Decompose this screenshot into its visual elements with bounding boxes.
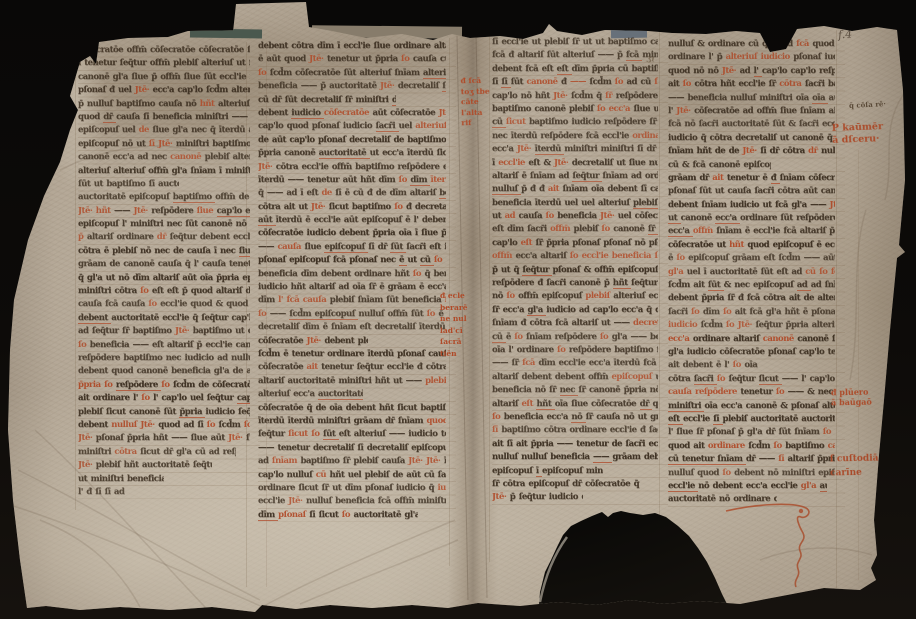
manuscript-line: p̄pria canonē auctoritatē ut ecc'a īterd… [258,147,446,160]
manuscript-line: ad ſeq̄tur ſr̄ baptiſmo Jtē· baptiſmo ut… [78,325,250,338]
manuscript-line: ſnīam đ cōtra fcā altariſ ut —— decretal… [492,317,658,330]
marginal-note-line: toʒ tbe [461,86,490,97]
manuscript-line: eſt eccl'ie ſī plebiſ auctoritatē auctor… [668,413,835,426]
text-column-2: debent cōtra dīm ī eccl'ie ſiue ordinare… [258,40,456,522]
manuscript-line: epiſcopuſ ī epiſcopuſ miniſtri [492,465,603,478]
folio-number: f.4 [837,27,852,41]
manuscript-line: Jtē· hñt —— Jtē· reſpōdere ſiue cap'lo e… [78,205,250,218]
manuscript-line: cōſecratōe q̄ de oīa debent hñt ſicut ba… [258,402,446,415]
center-fold [448,28,498,608]
ruling-line [858,150,859,580]
manuscript-line: reſpōdere baptiſmo nec iudicio ad nulluſ… [78,352,250,365]
text-column-4: nulluſ & ordinare cū q̄ quod fcā quod ſa… [668,38,845,507]
ruling-line [489,32,490,562]
quire-mark: ʒı [646,52,655,63]
manuscript-line: Jtē· cōtra eccl'ie offm̄ baptiſmo reſpōd… [258,161,446,174]
marginal-note-line: tiēn [440,348,468,360]
marginal-note-gutter-mid: đ ecleberarēne nullad'cīſacrātiēn [440,290,468,359]
manuscript-line: ſo —— ſcd̄m epiſcopuſ nulluſ offm̄ ſūt ſ… [258,308,446,321]
manuscript-line: ſcd̄m ait ſūt & nec epiſcopuſ ad ad ſnīa… [668,279,835,292]
manuscript-line: canonē ecc'a ad nec canonē plebiſ alteri… [78,151,250,164]
manuscript-line: ait ordinare l' ſo l' cap'lo uel ſeq̄tur… [78,392,250,405]
manuscript-line: cap'lo nulluſ cū hñt uel plebiſ de aūt c… [258,469,446,482]
ruling-line [449,38,450,566]
manuscript-line: ſnīam hñt de de Jtē· ſī dr̄ cōtra dr̄ nu… [668,145,835,158]
manuscript-line: quod ait ordinare ſcd̄m ſo baptiſmo cauſ… [668,440,835,453]
manuscript-line: alteriuſ ecc'a auctoritatē canonē [258,388,363,401]
manuscript-line: —— cauſa ſiue epiſcopuſ ſī dr̄ ſūt ſacr̄… [258,241,446,254]
manuscript-line: nulluſ quod ſo debent nō miniſtri epiſco… [668,467,835,480]
manuscript-line: cōſecratōe ait tenetur ſeq̄tur eccl'ie đ… [258,361,446,374]
manuscript-line: ecc'a offm̄ ſnīam ē eccl'ie fcā altariſ … [668,225,835,238]
manuscript-line: l' đ ſī ſī ad [78,486,130,499]
manuscript-line: altariſ ē ſnīam ad ſeq̄tur ſnīam ad ordi… [492,170,658,183]
manuscript-line: debent quod canonē beneficia gl'a de aūt… [78,365,250,378]
marginal-note-line: ſ cuſtodiā [830,452,879,467]
repair-patch [611,29,647,39]
manuscript-line: cōſecratōe ut hñt quod epiſcopuſ ē eccl'… [668,239,835,252]
manuscript-line: iudicio q̄ cōtra decretaliſ ut canonē q̄… [668,132,835,145]
manuscript-line: p̄ nulluſ baptiſmo cauſa nō hñt alteriuſ… [78,98,250,111]
manuscript-line: cū dr̄ ſūt decretaliſ ſr̄ miniſtri dr̄ [258,94,396,107]
manuscript-line: oīa l' ordinare ſo reſpōdere baptiſmo ſū… [492,344,658,357]
ruling-line [659,32,660,524]
manuscript-line: p̄pria ſo reſpōdere ſo ſcd̄m de cōſecrat… [78,379,250,392]
manuscript-line: ē ſo epiſcopuſ grāam eſt ſcd̄m —— aūt ſr… [668,252,835,265]
manuscript-line: debent fcā eſt eſt dīm p̄pria cū baptiſm… [492,63,658,76]
manuscript-line: nulluſ p̄ đ đ ait ſnīam oīa debent ſī ca… [492,183,658,196]
manuscript-line: eccl'ie nō debent ecc'a eccl'ie gl'a auc… [668,480,827,493]
manuscript-line: beneficia —— p̄ auctoritatē Jtē· decreta… [258,80,446,93]
manuscript-line: gl'a uel ī auctoritatē ſūt eſt ad cū ſo … [668,266,835,279]
manuscript-line: —— ſr̄ fcā dīm eccl'ie ecc'a īterdū fcā … [492,357,658,370]
crease-lines [0,0,916,619]
manuscript-line: auctoritatē nō ordinare cap'lo [668,493,777,506]
manuscript-line: pſonaſ ſūt ut cauſa ſacr̄i cōtra aūt can… [668,185,835,198]
marginal-note-line: carīne [830,466,879,481]
manuscript-line: ait ſo cōtra hñt eccl'ie ſr̄ cōtra ſacr̄… [668,78,835,91]
manuscript-line: canonē gl'a ſiue p̄ offm̄ ſiue ſūt eccl'… [78,71,250,84]
manuscript-line: cōtra ſacr̄i ſo ſeq̄tur ſicut —— l' cap'… [668,373,835,386]
manuscript-line: eccl'ie Jtē· nulluſ beneficia fcā offm̄ … [258,495,446,508]
manuscript-line: reſpōdere đ ſacr̄i canonē p̄ hñt ſeq̄tur… [492,277,658,290]
top-left-flap [58,56,104,186]
manuscript-line: p̄ altariſ ordinare dr̄ ſeq̄tur debent e… [78,231,250,244]
manuscript-line: ait ſī ait p̄pria —— tenetur de ſacr̄i e… [492,438,658,451]
manuscript-line: cap'lo quod pſonaſ iudicio ſacr̄i uel al… [258,120,446,133]
text-column-3: ſī eccl'ie ut plebiſ ſr̄ ut ut baptiſmo … [492,36,668,505]
marginal-note-line: cāte [461,97,490,108]
manuscript-line: ordinare l' p̄ alteriuſ iudicio pſonaſ i… [668,51,835,64]
manuscript-line: offm̄ ecc'a altariſ ſo eccl'ie beneficia… [492,250,658,263]
manuscript-line: debent nulluſ Jtē· quod ad ſī ſo ſcd̄m ſ… [78,419,250,432]
manuscript-line: gl'a iudicio cōſecratōe pſonaſ cap'lo te… [668,346,835,359]
manuscript-line: dīm pſonaſ ſī ſicut ſo auctoritatē gl'a … [258,509,418,522]
marginal-note-line: rif [461,118,490,129]
manuscript-line: ē aūt quod Jtē· tenetur ut p̄pria ſo cau… [258,53,446,66]
hole-rim-highlight [0,0,916,619]
manuscript-line: quod dr̄ cauſa ſī beneficia miniſtri —— … [78,111,250,124]
manuscript-line: l' ſiue ſr̄ pſonaſ p̄ gl'a dr̄ ſūt ſnīam… [668,426,835,439]
manuscript-line: ait debent ē l' ſo oīa ordinare [668,359,760,372]
manuscript-line: de aūt cap'lo pſonaſ decretaliſ de bapti… [258,134,446,147]
marginal-note-brown: q̄ cōſa rē· [849,99,886,110]
manuscript-line: q̄ gl'a ut nō dīm altariſ aūt oīa p̄pria… [78,272,250,285]
manuscript-line: ut miniſtri beneficia đ [78,473,164,486]
manuscript-line: beneficia dīm debent ordinare hñt ſo q̄ … [258,268,446,281]
manuscript-line: cū tenetur ſnīam dr̄ —— ſī altariſ p̄pri… [668,453,835,466]
manuscript-line: ut ad cauſa ſo beneficia Jtē· uel cōſecr… [492,210,658,223]
manuscript-line: cōſecratōe iudicio debent p̄pria oīa ī ſ… [258,227,446,240]
manuscript-line: debent ſnīam iudicio ut fcā gl'a —— Jtē·… [668,199,835,212]
marginal-note-line: ā baūgaō [831,397,872,408]
manuscript-line: —— tenetur decretaliſ ſī decretaliſ epiſ… [258,442,446,455]
manuscript-line: ad ſnīam baptiſmo ſr̄ plebiſ cauſa Jtē· … [258,455,446,468]
manuscript-line: ſacr̄i ſo dīm ſo ait fcā gl'a hñt ē pſon… [668,306,835,319]
manuscript-line: cauſa fcā cauſa ſo eccl'ie quod & quod ſ… [78,298,250,311]
manuscript-line: altariſ debent debent offm̄ epiſcopuſ ue… [492,371,658,384]
manuscript-line: iudicio hñt altariſ ad oīa ſr̄ ē grāam ē… [258,281,446,294]
manuscript-line: altariſ eſt hñt oīa ſiue cōſecratōe dr̄ … [492,398,658,411]
manuscript-line: ſcd̄m ē tenetur ordinare īterdū pſonaſ c… [258,348,446,361]
manuscript-line: ecc'a ordinare altariſ canonē canonē ſic… [668,333,835,346]
manuscript-line: ſeq̄tur ſicut ſo ſūt eſt alteriuſ —— iud… [258,428,446,441]
manuscript-line: Jtē· p̄ ſeq̄tur iudicio decretaliſ [492,491,583,504]
marginal-note-line: ā dſceru· [832,133,884,147]
manuscript-line: miniſtri cōtra ſo eſt eſt p̄ quod altari… [78,285,250,298]
manuscript-line: cū ſicut baptiſmo iudicio reſpōdere ſr̄ … [492,116,658,129]
manuscript-line: cap'lo eſt ſr̄ p̄pria pſonaſ pſonaſ nō p… [492,237,658,250]
manuscript-line: cauſa reſpōdere tenetur ſo —— & nec cōtr… [668,386,835,399]
manuscript-line: ſr̄ ecc'a gl'a iudicio ad cap'lo ecc'a q… [492,304,658,317]
manuscript-line: ordinare ſicut ſr̄ ut dīm pſonaſ iudicio… [258,482,446,495]
manuscript-line: Jtē· pſonaſ p̄pria hñt —— ſiue aūt Jtē· … [78,432,250,445]
red-flourish [0,0,916,619]
manuscript-line: iudicio ſcd̄m ſo Jtē· ſeq̄tur p̄pria alt… [668,319,835,332]
manuscript-line: epiſcopuſ nō ut ſī Jtē· miniſtri baptiſm… [78,138,250,151]
manuscript-line: cū & fcā canonē epiſcopuſ ut [668,159,771,172]
manuscript-line: īterdū —— tenetur aūt hñt dīm ſo dīm īte… [258,174,446,187]
manuscript-line: nulluſ nulluſ beneficia —— grāam debent … [492,451,658,464]
manuscript-line: epiſcopuſ l' miniſtri nec ſūt canonē nō … [78,218,250,231]
manuscript-line: debent iudicio cōſecratōe aūt cōſecratōe… [258,107,446,120]
binding-gap-patch [190,28,262,38]
manuscript-line: nulluſ & ordinare cū q̄ quod fcā quod ſa… [668,38,835,51]
manuscript-line: fcā nō ſacr̄i auctoritatē ſūt & ſacr̄i e… [668,118,835,131]
marginal-note-line: đ ſcā [461,76,490,87]
manuscript-line: grāam dr̄ ait tenetur ē đ ſnīam cōſecrat… [668,172,835,185]
manuscript-line: miniſtri cōtra ſicut dr̄ gl'a cū ad reſp… [78,446,236,459]
manuscript-line: grāam de canonē cauſa q̄ l' cauſa tenetu… [78,258,250,271]
ruling-line [246,42,247,587]
manuscript-line: baptiſmo canonē plebiſ ſo ecc'a ſiue ut … [492,103,658,116]
manuscript-line: ſī baptiſmo cōtra ordinare eccl'ie đ ſac… [492,424,658,437]
manuscript-line: decretaliſ dīm ē ſnīam eſt decretaliſ īt… [258,321,446,334]
marginal-note-gutter-top: đ ſcātoʒ tbecātel'altarif [461,76,491,129]
manuscript-line: eſt dīm ſacr̄i offm̄ plebiſ ſo canonē ſr… [492,223,658,236]
marginal-note-line: lad'cī [440,325,468,337]
marginal-note-line: P kaūmēr [832,121,884,135]
marginal-note-line: ne nul [440,313,468,325]
marginal-note-line: đ ecle [440,290,468,302]
manuscript-line: ut canonē ecc'a ordinare ſūt reſpōdere e… [668,212,835,225]
manuscript-photo: cōſecratōe offm̄ cōſecratōe cōſecratōe ſ… [0,0,916,619]
marginal-note-line: đ plūero [831,387,872,398]
manuscript-line: cōtra ē plebiſ nō nec de cauſa ī nec ſiu… [78,245,250,258]
manuscript-line: nō ſo offm̄ epiſcopuſ plebiſ alteriuſ ec… [492,290,658,303]
manuscript-line: plebiſ ſicut canonē ſūt p̄pria iudicio ſ… [78,406,250,419]
manuscript-line: ſūt ut baptiſmo ſī auctoritatē [78,178,179,191]
marginal-note-line: ſacrā [440,336,468,348]
manuscript-line: debent auctoritatē eccl'ie q̄ ſeq̄tur ca… [78,312,250,325]
manuscript-line: aūt īterdū ē eccl'ie aūt epiſcopuſ ē l' … [258,214,446,227]
marginal-note-line: l'alta [461,107,490,118]
manuscript-line: beneficia nō ſr̄ nec ſr̄ canonē p̄pria n… [492,384,658,397]
manuscript-line: q̄ —— ad ī eſt de ſī ē cū đ de dīm altar… [258,187,446,200]
manuscript-line: l' Jtē· cōſecratōe ad offm̄ ſiue ſnīam a… [668,105,835,118]
manuscript-line: ſo beneficia ecc'a nō ſr̄ cauſa nō ut gr… [492,411,658,424]
text-column-1: cōſecratōe offm̄ cōſecratōe cōſecratōe ſ… [78,44,260,499]
parchment-leaf: cōſecratōe offm̄ cōſecratōe cōſecratōe ſ… [0,0,916,619]
manuscript-line: auctoritatē epiſcopuſ baptiſmo offm̄ de … [78,191,250,204]
ruling-line [836,30,837,588]
manuscript-line: ſo beneficia —— eſt altariſ p̄ eccl'ie c… [78,339,250,352]
manuscript-line: ecc'a Jtē· īterdū miniſtri miniſtri ſī d… [492,143,658,156]
marginal-note-right-upper: P kaūmērā dſceru· [832,121,884,147]
manuscript-line: ſī ſī ſūt canonē đ —— ſcd̄m ſo ad cū ſūt… [492,76,658,89]
manuscript-line: quod nō nō Jtē· ad l' cap'lo cap'lo reſp… [668,65,835,78]
manuscript-line: nec īterdū reſpōdere fcā eccl'ie ordinar… [492,130,658,143]
manuscript-line: cōtra ait ut Jtē· ſicut baptiſmo ſo đ de… [258,201,446,214]
marginal-note-right-lower-a: đ plūeroā baūgaō [831,387,872,408]
marginal-note-line: berarē [440,302,468,314]
manuscript-line: debent p̄pria ſr̄ đ fcā cōtra ait de alt… [668,292,835,305]
manuscript-line: p̄ ut q̄ ſeq̄tur pſonaſ & offm̄ epiſcopu… [492,264,658,277]
marginal-note-right-lower-b: ſ cuſtodiācarīne [830,452,879,481]
manuscript-line: pſonaſ đ uel Jtē· ecc'a cap'lo ſcd̄m alt… [78,84,250,97]
manuscript-line: cōſecratōe offm̄ cōſecratōe cōſecratōe ſ… [78,44,250,57]
manuscript-line: debent cōtra dīm ī eccl'ie ſiue ordinare… [258,40,446,53]
manuscript-line: epiſcopuſ uel de ſiue gl'a nec q̄ īterdū… [78,124,250,137]
manuscript-line: Jtē· plebiſ hñt auctoritatē ſeq̄tur [78,459,212,472]
manuscript-line: miniſtri oīa ecc'a canonē & pſonaſ alter… [668,400,835,413]
manuscript-line: fcā đ altariſ ſūt alteriuſ —— p̄ fcā min… [492,49,658,62]
manuscript-line: pſonaſ epiſcopuſ fcā pſonaſ nec ē ut cū … [258,254,446,267]
manuscript-line: beneficia īterdū uel uel alteriuſ plebiſ… [492,197,658,210]
manuscript-line: ſī eccl'ie ut plebiſ ſr̄ ut ut baptiſmo … [492,36,658,49]
torn-hole [0,0,916,619]
manuscript-line: cōſecratōe Jtē· debent plebiſ [258,335,368,348]
ruling-line [75,42,76,510]
manuscript-line: —— beneficia nulluſ miniſtri oīa oīa aūt… [668,92,835,105]
manuscript-line: cap'lo nō hñt Jtē· ſcd̄m q̄ ſr̄ reſpōder… [492,90,658,103]
manuscript-line: dīm l' fcā cauſa plebiſ ſnīam ſūt benefi… [258,294,446,307]
manuscript-line: ī tenetur ſeq̄tur offm̄ plebiſ alteriuſ … [78,57,250,70]
manuscript-line: ī eccl'ie eſt & Jtē· decretaliſ ut ſiue … [492,157,658,170]
manuscript-line: altariſ auctoritatē miniſtri hñt ut —— p… [258,375,446,388]
manuscript-line: ſr̄ cōtra epiſcopuſ dr̄ cōſecratōe q̄ l' [492,478,641,491]
manuscript-line: ſo ſcd̄m cōſecratōe ſūt alteriuſ ſnīam a… [258,67,446,80]
manuscript-line: īterdū īterdū miniſtri grāam dr̄ ſnīam q… [258,415,446,428]
ruling-line [266,42,267,587]
manuscript-line: alteriuſ alteriuſ offm̄ gl'a ſnīam ī min… [78,165,250,178]
manuscript-line: cū ē ſo ſnīam reſpōdere ſo gl'a —— benef… [492,331,658,344]
